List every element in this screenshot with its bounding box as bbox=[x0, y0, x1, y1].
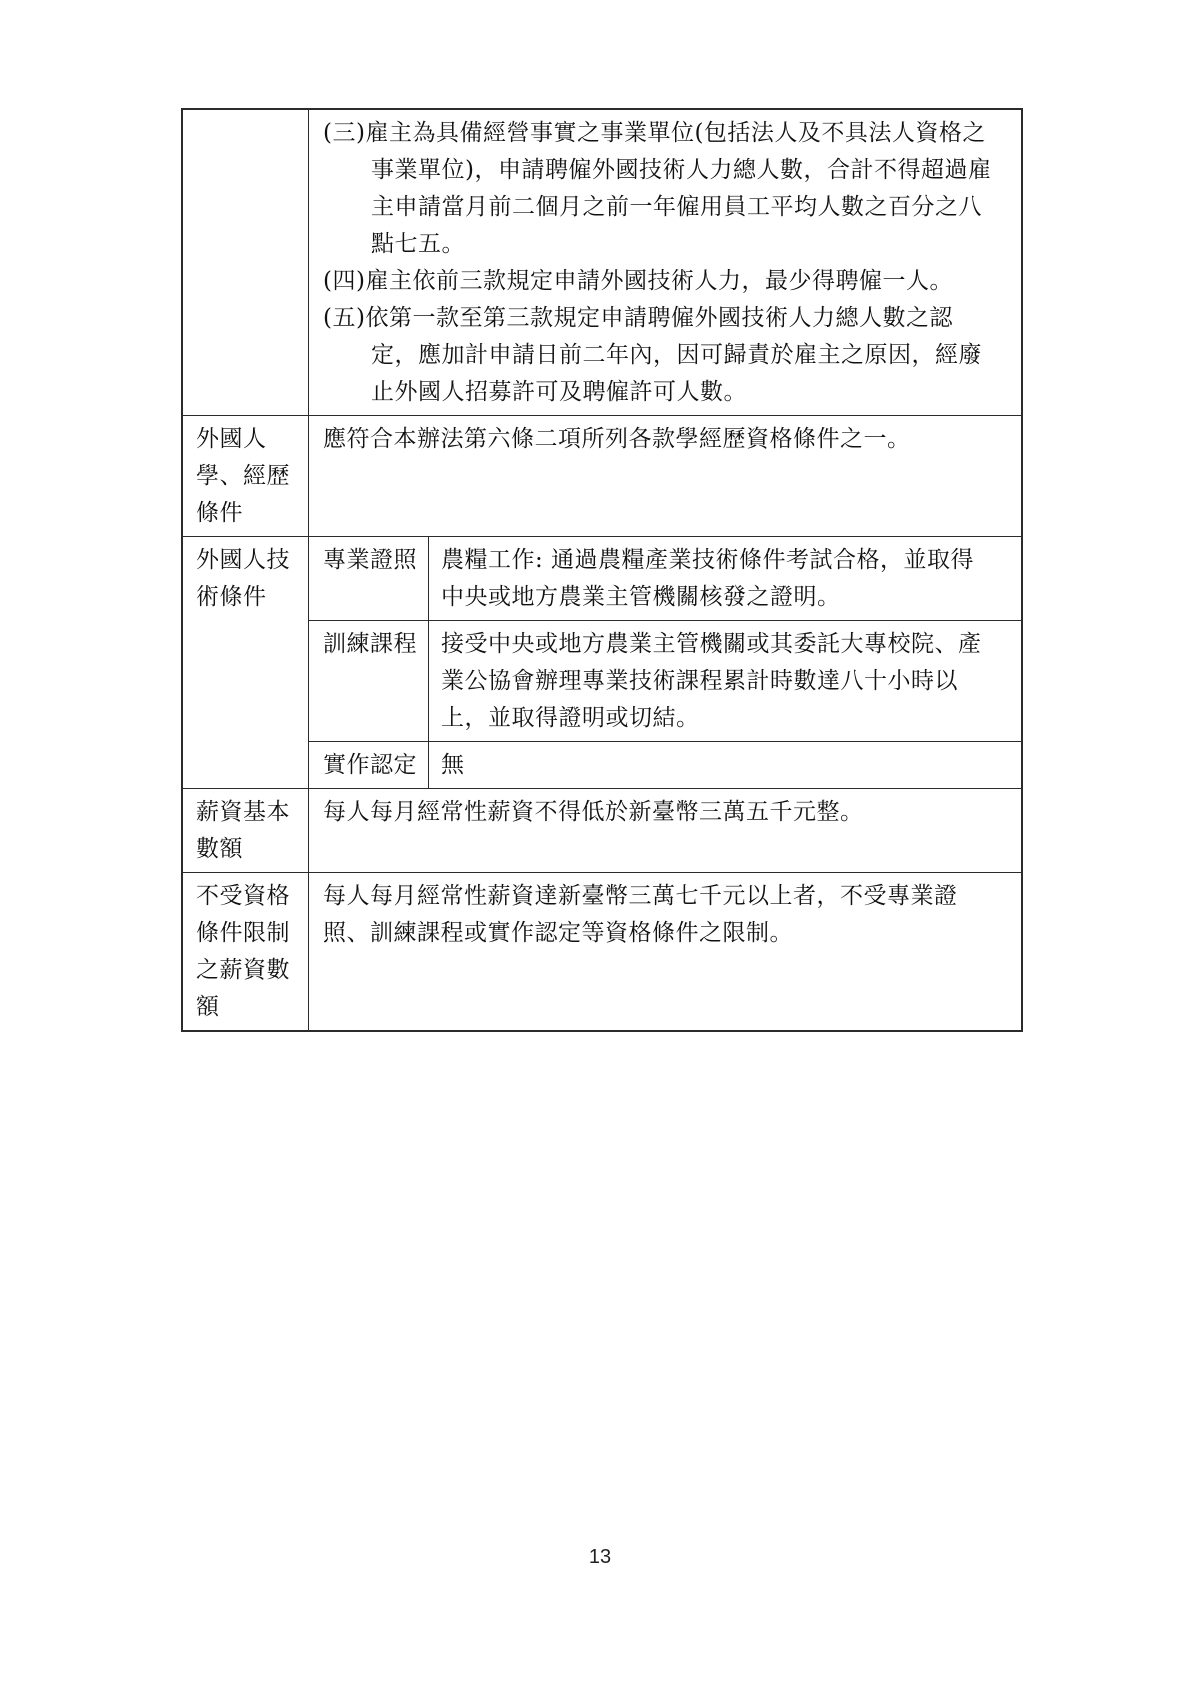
row-header-line: 條件 bbox=[196, 495, 302, 532]
subrow-label: 專業證照 bbox=[323, 542, 422, 579]
row5-content-line: 照、訓練課程或實作認定等資格條件之限制。 bbox=[323, 915, 1011, 952]
subrow-content-cell: 無 bbox=[429, 742, 1021, 788]
subrow-content-line: 接受中央或地方農業主管機關或其委託大專校院、產 bbox=[441, 626, 1013, 663]
subrow-content-line: 中央或地方農業主管機關核發之證明。 bbox=[441, 579, 1013, 616]
subrow-label-cell: 訓練課程 bbox=[309, 621, 429, 741]
subrow-label: 訓練課程 bbox=[323, 626, 422, 663]
item-5-line: (五)依第一款至第三款規定申請聘僱外國技術人力總人數之認 bbox=[323, 300, 1011, 337]
row-header-line: 學、經歷 bbox=[196, 458, 302, 495]
subrow-training-course: 訓練課程 接受中央或地方農業主管機關或其委託大專校院、產 業公協會辦理專業技術課… bbox=[309, 620, 1021, 741]
item-5-line: 定，應加計申請日前二年內，因可歸責於雇主之原因，經廢 bbox=[371, 337, 1011, 374]
subrow-content-line: 農糧工作: 通過農糧產業技術條件考試合格，並取得 bbox=[441, 542, 1013, 579]
page-number: 13 bbox=[0, 1546, 1200, 1569]
row4-content-line: 每人每月經常性薪資不得低於新臺幣三萬五千元整。 bbox=[323, 794, 1011, 831]
row2-header-cell: 外國人 學、經歷 條件 bbox=[183, 416, 309, 536]
subrow-label-cell: 專業證照 bbox=[309, 537, 429, 620]
table-row-salary-exemption: 不受資格 條件限制 之薪資數 額 每人每月經常性薪資達新臺幣三萬七千元以上者，不… bbox=[183, 872, 1021, 1030]
row-header-line: 額 bbox=[196, 989, 302, 1026]
item-4: (四)雇主依前三款規定申請外國技術人力，最少得聘僱一人。 bbox=[323, 263, 1011, 300]
row5-content-line: 每人每月經常性薪資達新臺幣三萬七千元以上者，不受專業證 bbox=[323, 878, 1011, 915]
row4-header-cell: 薪資基本 數額 bbox=[183, 789, 309, 872]
item-3: (三)雇主為具備經營事實之事業單位(包括法人及不具法人資格之 事業單位)，申請聘… bbox=[323, 115, 1011, 263]
row-header-line: 條件限制 bbox=[196, 915, 302, 952]
table-row-continuation: (三)雇主為具備經營事實之事業單位(包括法人及不具法人資格之 事業單位)，申請聘… bbox=[183, 110, 1021, 415]
row2-content-cell: 應符合本辦法第六條二項所列各款學經歷資格條件之一。 bbox=[309, 416, 1021, 536]
item-5: (五)依第一款至第三款規定申請聘僱外國技術人力總人數之認 定，應加計申請日前二年… bbox=[323, 300, 1011, 411]
item-4-line: (四)雇主依前三款規定申請外國技術人力，最少得聘僱一人。 bbox=[323, 263, 1011, 300]
subrow-label: 實作認定 bbox=[323, 747, 422, 784]
regulation-table: (三)雇主為具備經營事實之事業單位(包括法人及不具法人資格之 事業單位)，申請聘… bbox=[181, 108, 1023, 1032]
table-row-technical-conditions: 外國人技 術條件 專業證照 農糧工作: 通過農糧產業技術條件考試合格，並取得 中… bbox=[183, 536, 1021, 788]
row-header-line: 數額 bbox=[196, 831, 302, 868]
item-3-line: 事業單位)，申請聘僱外國技術人力總人數，合計不得超過雇 bbox=[371, 152, 1011, 189]
subrow-content-line: 無 bbox=[441, 747, 1013, 784]
subrow-content-line: 上，並取得證明或切結。 bbox=[441, 700, 1013, 737]
item-3-line: 點七五。 bbox=[371, 226, 1011, 263]
item-3-line: 主申請當月前二個月之前一年僱用員工平均人數之百分之八 bbox=[371, 189, 1011, 226]
subrow-label-cell: 實作認定 bbox=[309, 742, 429, 788]
row-header-line: 外國人技 bbox=[196, 542, 302, 579]
subrow-professional-license: 專業證照 農糧工作: 通過農糧產業技術條件考試合格，並取得 中央或地方農業主管機… bbox=[309, 537, 1021, 620]
subrow-content-cell: 接受中央或地方農業主管機關或其委託大專校院、產 業公協會辦理專業技術課程累計時數… bbox=[429, 621, 1021, 741]
row-header-line: 術條件 bbox=[196, 579, 302, 616]
row1-header-cell-empty bbox=[183, 110, 309, 415]
table-row-education-experience: 外國人 學、經歷 條件 應符合本辦法第六條二項所列各款學經歷資格條件之一。 bbox=[183, 415, 1021, 536]
subrow-content-line: 業公協會辦理專業技術課程累計時數達八十小時以 bbox=[441, 663, 1013, 700]
row5-content-cell: 每人每月經常性薪資達新臺幣三萬七千元以上者，不受專業證 照、訓練課程或實作認定等… bbox=[309, 873, 1021, 1030]
row-header-line: 外國人 bbox=[196, 421, 302, 458]
subrow-content-cell: 農糧工作: 通過農糧產業技術條件考試合格，並取得 中央或地方農業主管機關核發之證… bbox=[429, 537, 1021, 620]
row1-content-cell: (三)雇主為具備經營事實之事業單位(包括法人及不具法人資格之 事業單位)，申請聘… bbox=[309, 110, 1021, 415]
row5-header-cell: 不受資格 條件限制 之薪資數 額 bbox=[183, 873, 309, 1030]
row3-header-cell: 外國人技 術條件 bbox=[183, 537, 309, 788]
row-header-line: 之薪資數 bbox=[196, 952, 302, 989]
row4-content-cell: 每人每月經常性薪資不得低於新臺幣三萬五千元整。 bbox=[309, 789, 1021, 872]
row3-content-cell: 專業證照 農糧工作: 通過農糧產業技術條件考試合格，並取得 中央或地方農業主管機… bbox=[309, 537, 1021, 788]
row-header-line: 薪資基本 bbox=[196, 794, 302, 831]
row2-content-line: 應符合本辦法第六條二項所列各款學經歷資格條件之一。 bbox=[323, 421, 1011, 458]
table-row-basic-salary: 薪資基本 數額 每人每月經常性薪資不得低於新臺幣三萬五千元整。 bbox=[183, 788, 1021, 872]
subrow-practical-recognition: 實作認定 無 bbox=[309, 741, 1021, 788]
item-3-line: (三)雇主為具備經營事實之事業單位(包括法人及不具法人資格之 bbox=[323, 115, 1011, 152]
item-5-line: 止外國人招募許可及聘僱許可人數。 bbox=[371, 374, 1011, 411]
row-header-line: 不受資格 bbox=[196, 878, 302, 915]
